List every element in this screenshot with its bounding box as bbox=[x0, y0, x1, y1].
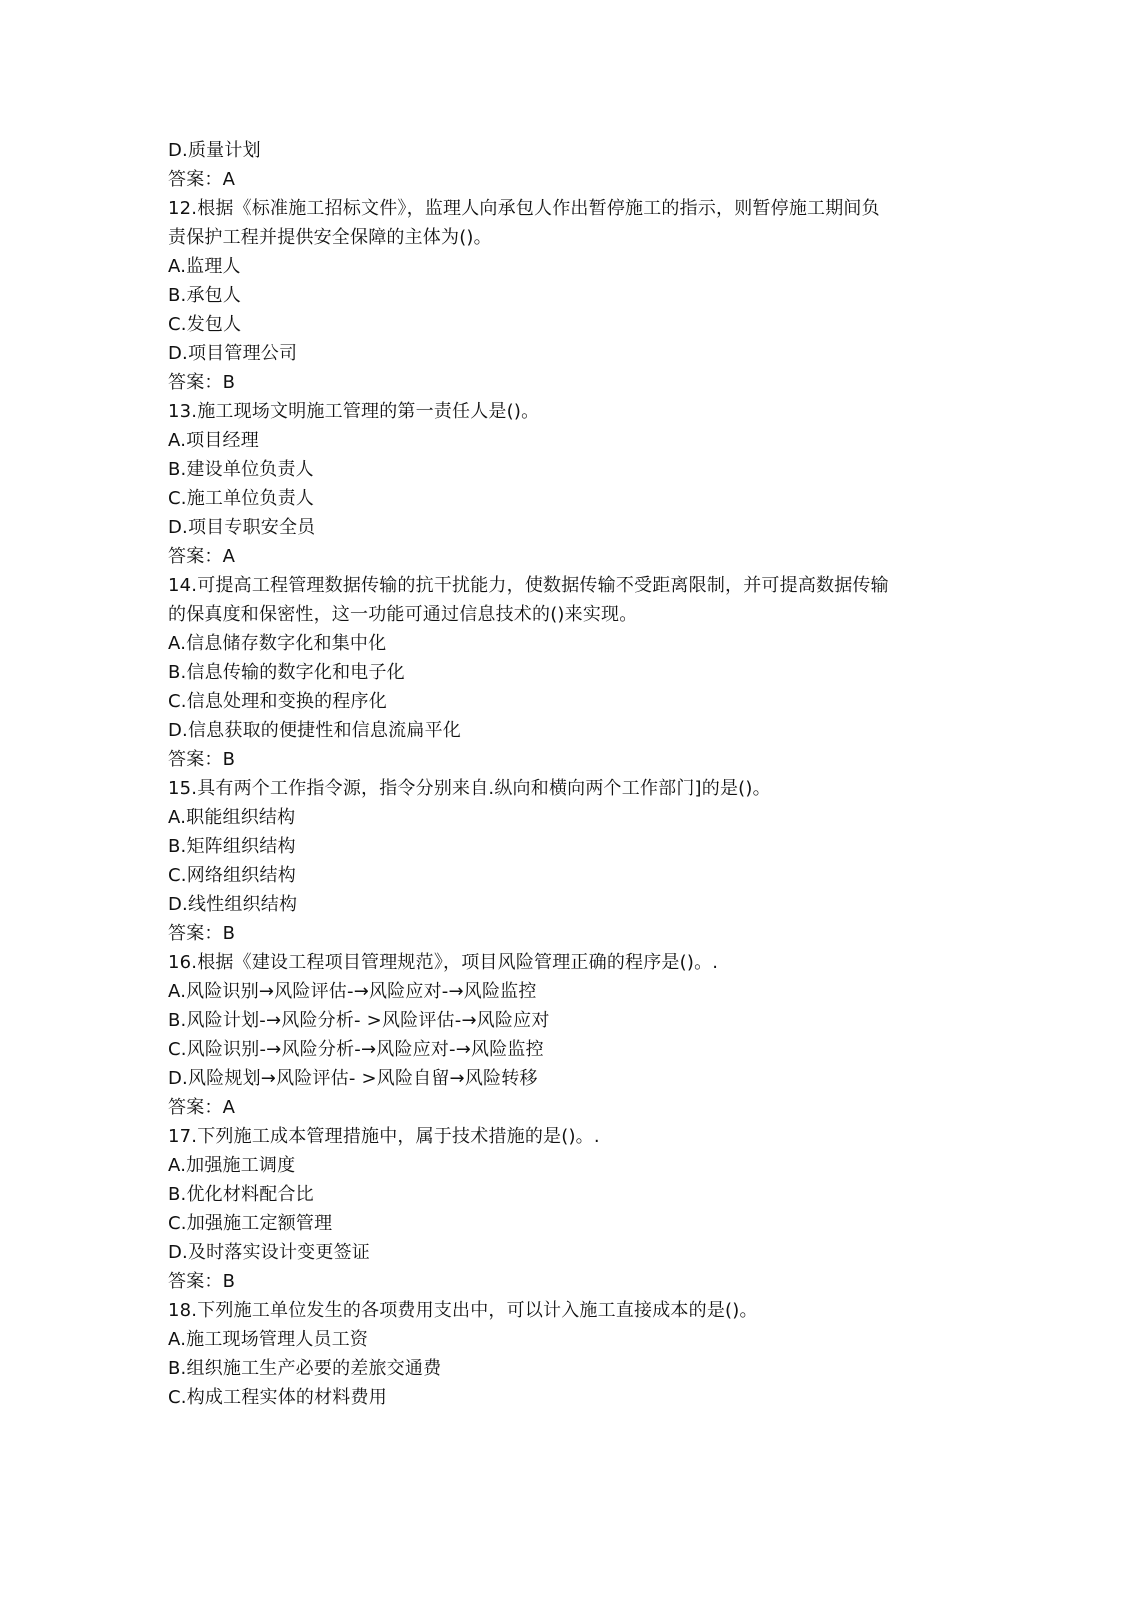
option-line: D.及时落实设计变更签证 bbox=[168, 1238, 968, 1267]
question-line: 13.施工现场文明施工管理的第一责任人是()。 bbox=[168, 397, 968, 426]
option-line: C.加强施工定额管理 bbox=[168, 1209, 968, 1238]
option-line: C.构成工程实体的材料费用 bbox=[168, 1383, 968, 1412]
option-line: D.信息获取的便捷性和信息流扁平化 bbox=[168, 716, 968, 745]
answer-line: 答案：A bbox=[168, 165, 968, 194]
option-line: B.优化材料配合比 bbox=[168, 1180, 968, 1209]
option-line: D.线性组织结构 bbox=[168, 890, 968, 919]
option-line: B.信息传输的数字化和电子化 bbox=[168, 658, 968, 687]
document-page: D.质量计划 答案：A 12.根据《标准施工招标文件》，监理人向承包人作出暂停施… bbox=[168, 136, 968, 1412]
answer-line: 答案：B bbox=[168, 919, 968, 948]
option-line: D.项目管理公司 bbox=[168, 339, 968, 368]
answer-line: 答案：A bbox=[168, 1093, 968, 1122]
option-line: C.发包人 bbox=[168, 310, 968, 339]
question-line: 14.可提高工程管理数据传输的抗干扰能力，使数据传输不受距离限制，并可提高数据传… bbox=[168, 571, 968, 600]
option-line: A.加强施工调度 bbox=[168, 1151, 968, 1180]
answer-line: 答案：B bbox=[168, 1267, 968, 1296]
option-line: B.承包人 bbox=[168, 281, 968, 310]
question-line-continued: 的保真度和保密性，这一功能可通过信息技术的()来实现。 bbox=[168, 600, 968, 629]
question-line-continued: 责保护工程并提供安全保障的主体为()。 bbox=[168, 223, 968, 252]
option-line: B.建设单位负责人 bbox=[168, 455, 968, 484]
answer-line: 答案：B bbox=[168, 745, 968, 774]
option-line: A.施工现场管理人员工资 bbox=[168, 1325, 968, 1354]
option-line: A.监理人 bbox=[168, 252, 968, 281]
answer-line: 答案：B bbox=[168, 368, 968, 397]
question-line: 18.下列施工单位发生的各项费用支出中，可以计入施工直接成本的是()。 bbox=[168, 1296, 968, 1325]
option-line: B.组织施工生产必要的差旅交通费 bbox=[168, 1354, 968, 1383]
option-line: B.风险计划-→风险分析- >风险评估-→风险应对 bbox=[168, 1006, 968, 1035]
option-line: D.质量计划 bbox=[168, 136, 968, 165]
option-line: A.职能组织结构 bbox=[168, 803, 968, 832]
option-line: B.矩阵组织结构 bbox=[168, 832, 968, 861]
option-line: C.信息处理和变换的程序化 bbox=[168, 687, 968, 716]
question-line: 15.具有两个工作指令源，指令分别来自.纵向和横向两个工作部门]的是()。 bbox=[168, 774, 968, 803]
option-line: A.信息储存数字化和集中化 bbox=[168, 629, 968, 658]
answer-line: 答案：A bbox=[168, 542, 968, 571]
question-line: 16.根据《建设工程项目管理规范》，项目风险管理正确的程序是()。. bbox=[168, 948, 968, 977]
option-line: D.风险规划→风险评估- >风险自留→风险转移 bbox=[168, 1064, 968, 1093]
option-line: C.施工单位负责人 bbox=[168, 484, 968, 513]
option-line: C.风险识别-→风险分析-→风险应对-→风险监控 bbox=[168, 1035, 968, 1064]
question-line: 17.下列施工成本管理措施中，属于技术措施的是()。. bbox=[168, 1122, 968, 1151]
question-line: 12.根据《标准施工招标文件》，监理人向承包人作出暂停施工的指示，则暂停施工期间… bbox=[168, 194, 968, 223]
option-line: A.风险识别→风险评估-→风险应对-→风险监控 bbox=[168, 977, 968, 1006]
option-line: D.项目专职安全员 bbox=[168, 513, 968, 542]
option-line: A.项目经理 bbox=[168, 426, 968, 455]
option-line: C.网络组织结构 bbox=[168, 861, 968, 890]
